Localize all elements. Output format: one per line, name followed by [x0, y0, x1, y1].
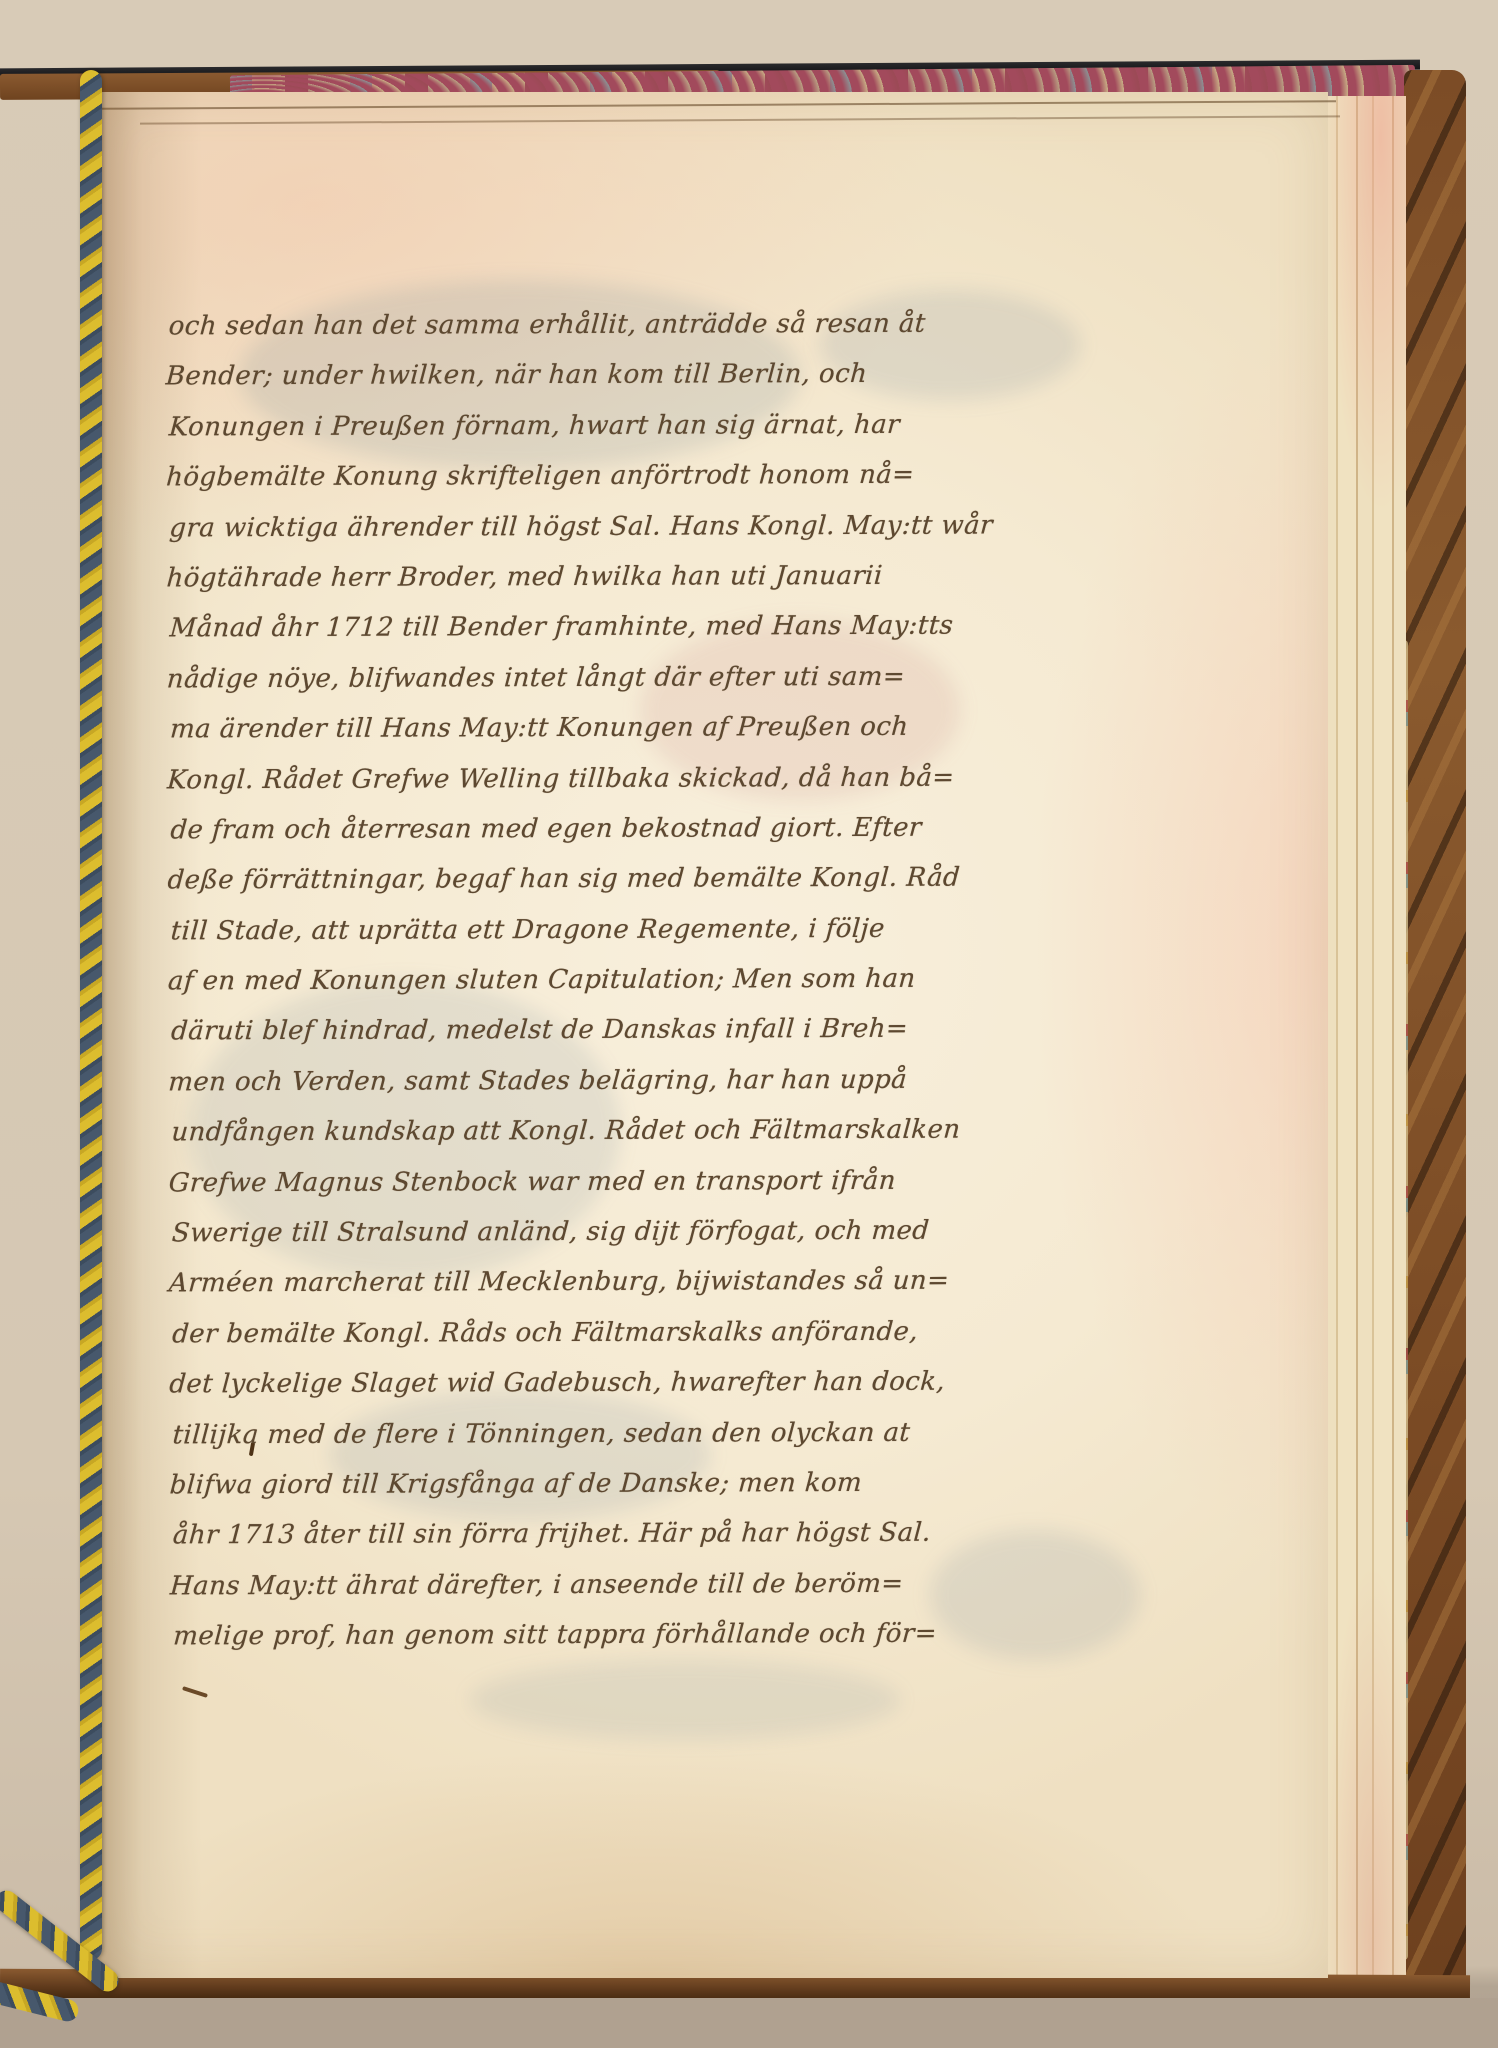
manuscript-line: gra wicktiga ährender till högst Sal. Ha… [168, 500, 961, 553]
manuscript-line: Kongl. Rådet Grefwe Welling tillbaka ski… [166, 752, 959, 805]
scanner-background-bottom [0, 1998, 1498, 2048]
manuscript-line: ma ärender till Hans May:tt Konungen af … [168, 702, 961, 755]
manuscript-line: blifwa giord till Krigsfånga af de Dansk… [168, 1458, 961, 1511]
manuscript-line: men och Verden, samt Stades belägring, h… [167, 1054, 960, 1107]
scanned-manuscript-photo: och sedan han det samma erhållit, anträd… [0, 0, 1498, 2048]
ink-show-through-blot [470, 1660, 900, 1740]
manuscript-line: de fram och återresan med egen bekostnad… [169, 803, 962, 856]
manuscript-line: af en med Konungen sluten Capitulation; … [166, 954, 959, 1007]
manuscript-line: deße förrättningar, begaf han sig med be… [166, 853, 959, 906]
manuscript-line: åhr 1713 åter till sin förra frijhet. Hä… [171, 1508, 964, 1561]
manuscript-line: däruti blef hindrad, medelst de Danskas … [170, 1004, 963, 1057]
manuscript-line: till Stade, att uprätta ett Dragone Rege… [169, 903, 962, 956]
fore-edge-pink-tint-bottom [1322, 1560, 1406, 1990]
leather-cover-right-board [1404, 70, 1466, 2020]
handwritten-text-block: och sedan han det samma erhållit, anträd… [166, 299, 961, 1662]
manuscript-line: Swerige till Stralsund anländ, sig dijt … [170, 1206, 963, 1259]
manuscript-line: melige prof, han genom sitt tappra förhå… [172, 1609, 965, 1662]
manuscript-line: det lyckelige Slaget wid Gadebusch, hwar… [168, 1357, 961, 1410]
manuscript-line: der bemälte Kongl. Råds och Fältmarskalk… [171, 1306, 964, 1359]
manuscript-line: Månad åhr 1712 till Bender framhinte, me… [168, 601, 961, 654]
manuscript-line: undfången kundskap att Kongl. Rådet och … [170, 1105, 963, 1158]
manuscript-line: tillijka med de flere i Tönningen, sedan… [171, 1407, 964, 1460]
fore-edge-pink-tint-top [1322, 96, 1406, 516]
manuscript-line: Grefwe Magnus Stenbock war med en transp… [167, 1155, 960, 1208]
manuscript-line: nådige nöye, blifwandes intet långt där … [165, 651, 958, 704]
manuscript-line: Hans May:tt ährat därefter, i anseende t… [168, 1558, 961, 1611]
manuscript-line: Arméen marcherat till Mecklenburg, bijwi… [167, 1256, 960, 1309]
manuscript-line: högbemälte Konung skrifteligen anförtrod… [165, 450, 958, 503]
manuscript-line: högtährade herr Broder, med hwilka han u… [165, 551, 958, 604]
manuscript-line: Konungen i Preußen förnam, hwart han sig… [167, 399, 960, 452]
manuscript-line: och sedan han det samma erhållit, anträd… [167, 299, 960, 352]
bookmark-cord [80, 70, 102, 1960]
manuscript-line: Bender; under hwilken, när han kom till … [164, 349, 957, 402]
